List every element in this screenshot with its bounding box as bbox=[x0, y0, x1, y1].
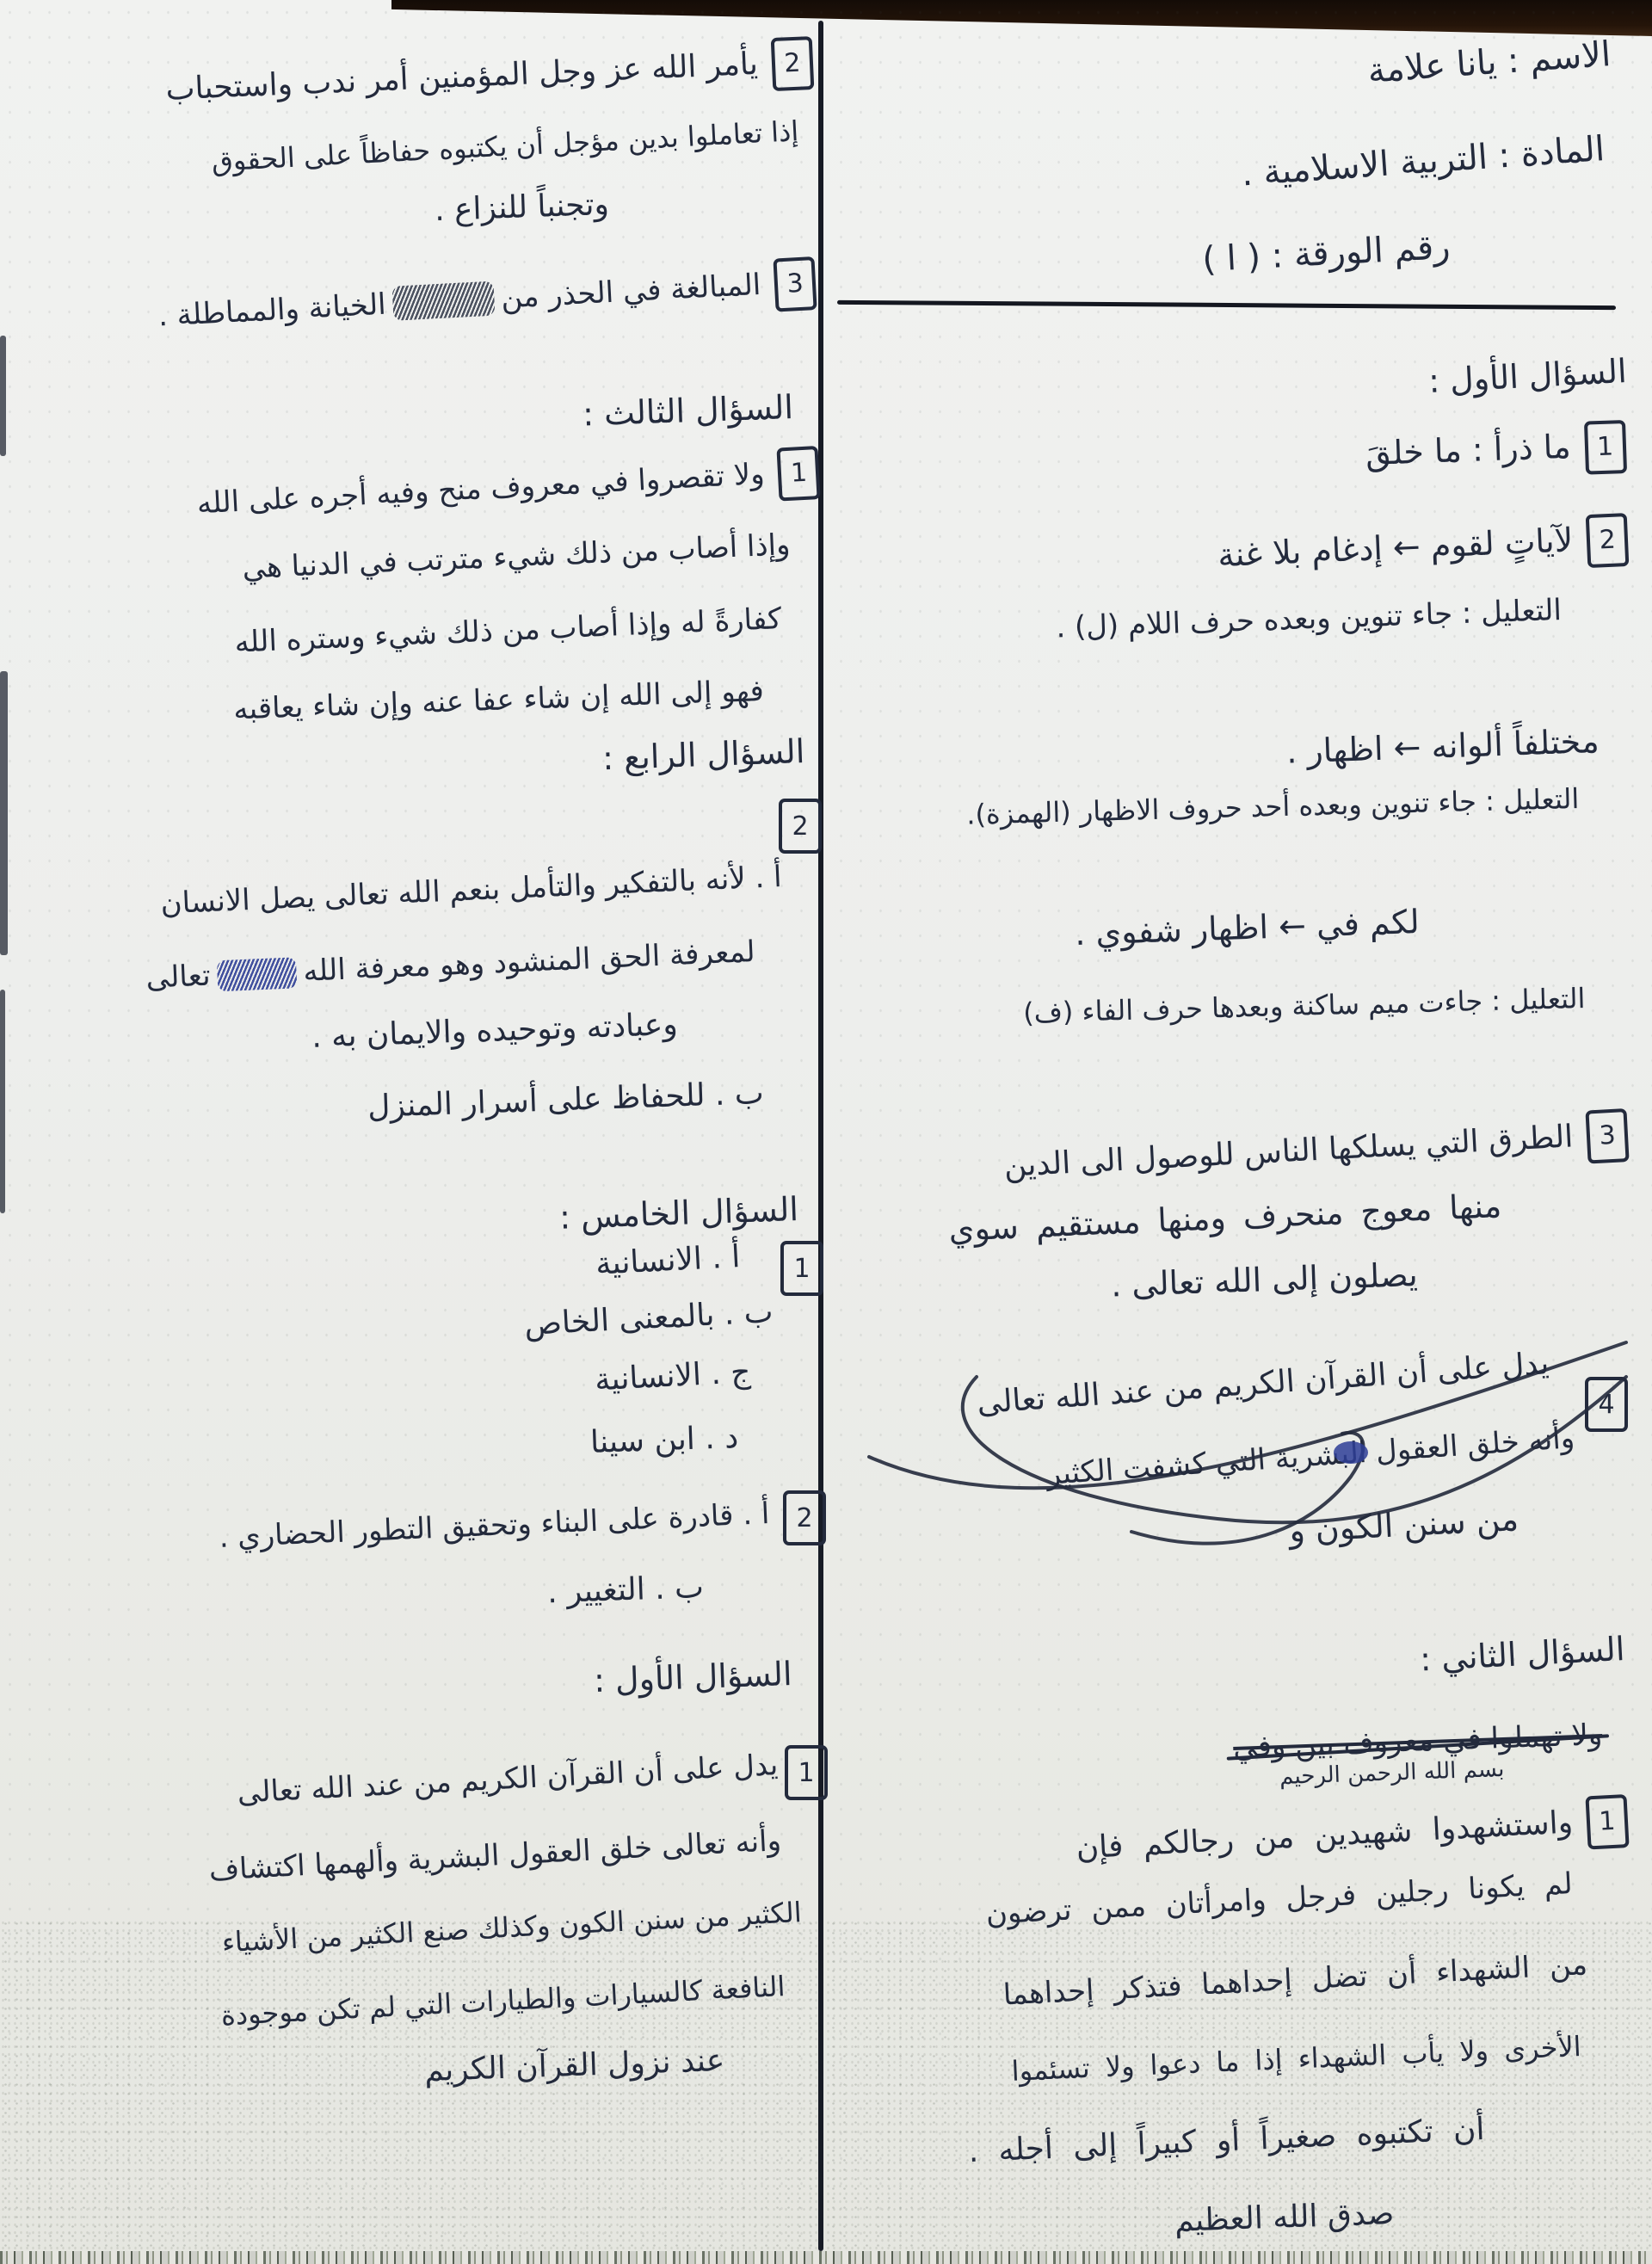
question-number-box: 1 bbox=[785, 1745, 828, 1800]
answer-line: لكم في ← اظهار شفوي . bbox=[1075, 902, 1421, 954]
answer-line: وتجنباً للنزاع . bbox=[435, 185, 610, 230]
answer-text: الطرق التي يسلكها الناس للوصول الى الدين bbox=[1003, 1119, 1574, 1184]
question-heading: السؤال الخامس : bbox=[558, 1189, 798, 1238]
question-number-box: 2 bbox=[779, 799, 822, 854]
answer-option: د . ابن سينا bbox=[589, 1418, 739, 1462]
answer-line: كفارةً له وإذا أصاب من ذلك شيء وستره الل… bbox=[233, 601, 782, 661]
question-heading: السؤال الرابع : bbox=[601, 731, 805, 780]
answer-line: عند نزول القرآن الكريم bbox=[423, 2041, 725, 2090]
question-number-box: 1 bbox=[1585, 1794, 1629, 1849]
answer-line: مختلفاً ألوانه ← اظهار . bbox=[1285, 721, 1600, 773]
scribbled-out-word bbox=[391, 281, 495, 320]
answer-line: يدل على أن القرآن الكريم من عند الله تعا… bbox=[237, 1747, 779, 1811]
answer-line: 1ولا تقصروا في معروف منح وفيه أجره على ا… bbox=[195, 446, 821, 532]
header-rule-line bbox=[837, 300, 1616, 310]
answer-line: التعليل : جاء تنوين وبعده أحد حروف الاظه… bbox=[966, 781, 1580, 832]
column-divider-line bbox=[818, 21, 823, 2251]
crossed-out-line: وأنه خلق العقول البشرية التي كشفت الكثير bbox=[1045, 1420, 1575, 1493]
answer-line: وإذا أصاب من ذلك شيء مترتب في الدنيا هي bbox=[241, 527, 791, 587]
question-number-box: 3 bbox=[1585, 1108, 1629, 1163]
answer-line: منها معوج منحرف ومنها مستقيم سوي bbox=[948, 1186, 1503, 1251]
answer-line: التعليل : جاء تنوين وبعده حرف اللام (ل) … bbox=[1056, 592, 1563, 646]
answer-line: وعبادته وتوحيده والايمان به . bbox=[311, 1005, 679, 1057]
verse-line: الأخرى ولا يأب الشهداء إذا ما دعوا ولا ت… bbox=[1011, 2029, 1582, 2088]
scan-dark-top-edge bbox=[391, 0, 1652, 36]
verse-line: أن تكتبوه صغيراً أو كبيراً إلى أجله . bbox=[967, 2110, 1485, 2171]
answer-text: ما ذرأ : ما خلقَ bbox=[1365, 428, 1572, 472]
answer-text: لآياتٍ لقوم ← إدغام بلا غنة bbox=[1217, 521, 1574, 574]
question-number-box: 3 bbox=[773, 256, 817, 312]
answer-text: لمعرفة الحق المنشود وهو معرفة الله bbox=[303, 935, 756, 989]
answer-text: تعالى bbox=[145, 959, 212, 996]
name-line: الاسم : يانا علامة bbox=[1366, 33, 1612, 93]
answer-text: المبالغة في الحذر من bbox=[500, 268, 761, 316]
answer-line: التعليل : جاءت ميم ساكنة وبعدها حرف الفا… bbox=[1022, 981, 1585, 1030]
scribbled-out-word-blue bbox=[217, 957, 297, 991]
scan-left-edge-mark bbox=[0, 671, 8, 955]
answer-line: إذا تعاملوا بدين مؤجل أن يكتبوه حفاظاً ع… bbox=[211, 114, 799, 179]
scan-left-edge-mark bbox=[0, 336, 6, 456]
question-number-box: 1 bbox=[780, 1241, 823, 1296]
question-heading: السؤال الثاني : bbox=[1419, 1629, 1625, 1681]
answer-line: وأنه تعالى خلق العقول البشرية وألهمها اك… bbox=[208, 1823, 782, 1889]
answer-line: 3الطرق التي يسلكها الناس للوصول الى الدي… bbox=[1002, 1108, 1629, 1194]
question-number-box: 1 bbox=[1584, 420, 1627, 475]
answer-text: الخيانة والمماطلة . bbox=[157, 287, 387, 334]
verse-text: واستشهدوا شهيدين من رجالكم فإن bbox=[1076, 1804, 1574, 1866]
answer-text: ولا تقصروا في معروف منح وفيه أجره على ال… bbox=[195, 457, 765, 521]
answer-line: النافعة كالسيارات والطيارات التي لم تكن … bbox=[220, 1969, 786, 2033]
answer-line: 2يأمر الله عز وجل المؤمنين أمر ندب واستح… bbox=[165, 36, 815, 118]
answer-option: أ . قادرة على البناء وتحقيق التطور الحضا… bbox=[218, 1496, 770, 1556]
question-number-box: 2 bbox=[1586, 513, 1630, 568]
answer-option: ب . التغيير . bbox=[546, 1568, 704, 1612]
verse-line: من الشهداء أن تضل إحداهما فتذكر إحداهما bbox=[1002, 1946, 1588, 2014]
verse-closing-line: صدق الله العظيم bbox=[1174, 2194, 1395, 2241]
answer-option: ج . الانسانية bbox=[594, 1353, 751, 1399]
verse-line: 1واستشهدوا شهيدين من رجالكم فإن bbox=[1075, 1794, 1629, 1877]
question-heading: السؤال الأول : bbox=[1427, 351, 1628, 402]
answer-line: أ . لأنه بالتفكير والتأمل بنعم الله تعال… bbox=[159, 859, 782, 922]
question-number-box: 1 bbox=[776, 446, 820, 501]
crossed-out-line: يدل على أن القرآن الكريم من عند الله تعا… bbox=[976, 1344, 1550, 1422]
answer-line: فهو إلى الله إن شاء عفا عنه وإن شاء يعاق… bbox=[233, 673, 765, 728]
handwritten-answer-sheet: الاسم : يانا علامة المادة : التربية الاس… bbox=[0, 0, 1652, 2264]
question-heading: السؤال الثالث : bbox=[582, 387, 793, 435]
answer-line: 3المبالغة في الحذر منالخيانة والمماطلة . bbox=[157, 256, 817, 344]
question-number-box: 4 bbox=[1585, 1377, 1628, 1432]
answer-line: يصلون إلى الله تعالى . bbox=[1111, 1255, 1419, 1306]
verse-line: لم يكونا رجلين فرجل وامرأتان ممن ترضون bbox=[985, 1866, 1574, 1933]
answer-line: لمعرفة الحق المنشود وهو معرفة اللهتعالى bbox=[145, 934, 756, 996]
answer-line: 1ما ذرأ : ما خلقَ bbox=[1365, 420, 1628, 483]
paper-number-line: رقم الورقة : ( ا ) bbox=[1201, 225, 1452, 281]
answer-line: الكثير من سنن الكون وكذلك صنع الكثير من … bbox=[221, 1895, 803, 1959]
answer-line: ب . للحفاظ على أسرار المنزل bbox=[367, 1074, 765, 1126]
answer-text: يأمر الله عز وجل المؤمنين أمر ندب واستحب… bbox=[165, 46, 759, 108]
answer-option: ب . بالمعنى الخاص bbox=[523, 1292, 774, 1344]
question-number-box: 2 bbox=[771, 36, 815, 91]
question-number-box: 2 bbox=[783, 1490, 826, 1545]
crossed-out-line: من سنن الكون و bbox=[1288, 1499, 1519, 1551]
scan-left-edge-mark bbox=[0, 990, 5, 1213]
subject-line: المادة : التربية الاسلامية . bbox=[1241, 127, 1606, 195]
question-heading: السؤال الأول : bbox=[593, 1654, 792, 1702]
answer-line: 2لآياتٍ لقوم ← إدغام بلا غنة bbox=[1217, 513, 1629, 584]
scan-noise-band bbox=[0, 2251, 1652, 2264]
answer-option: أ . الانسانية bbox=[595, 1237, 741, 1284]
